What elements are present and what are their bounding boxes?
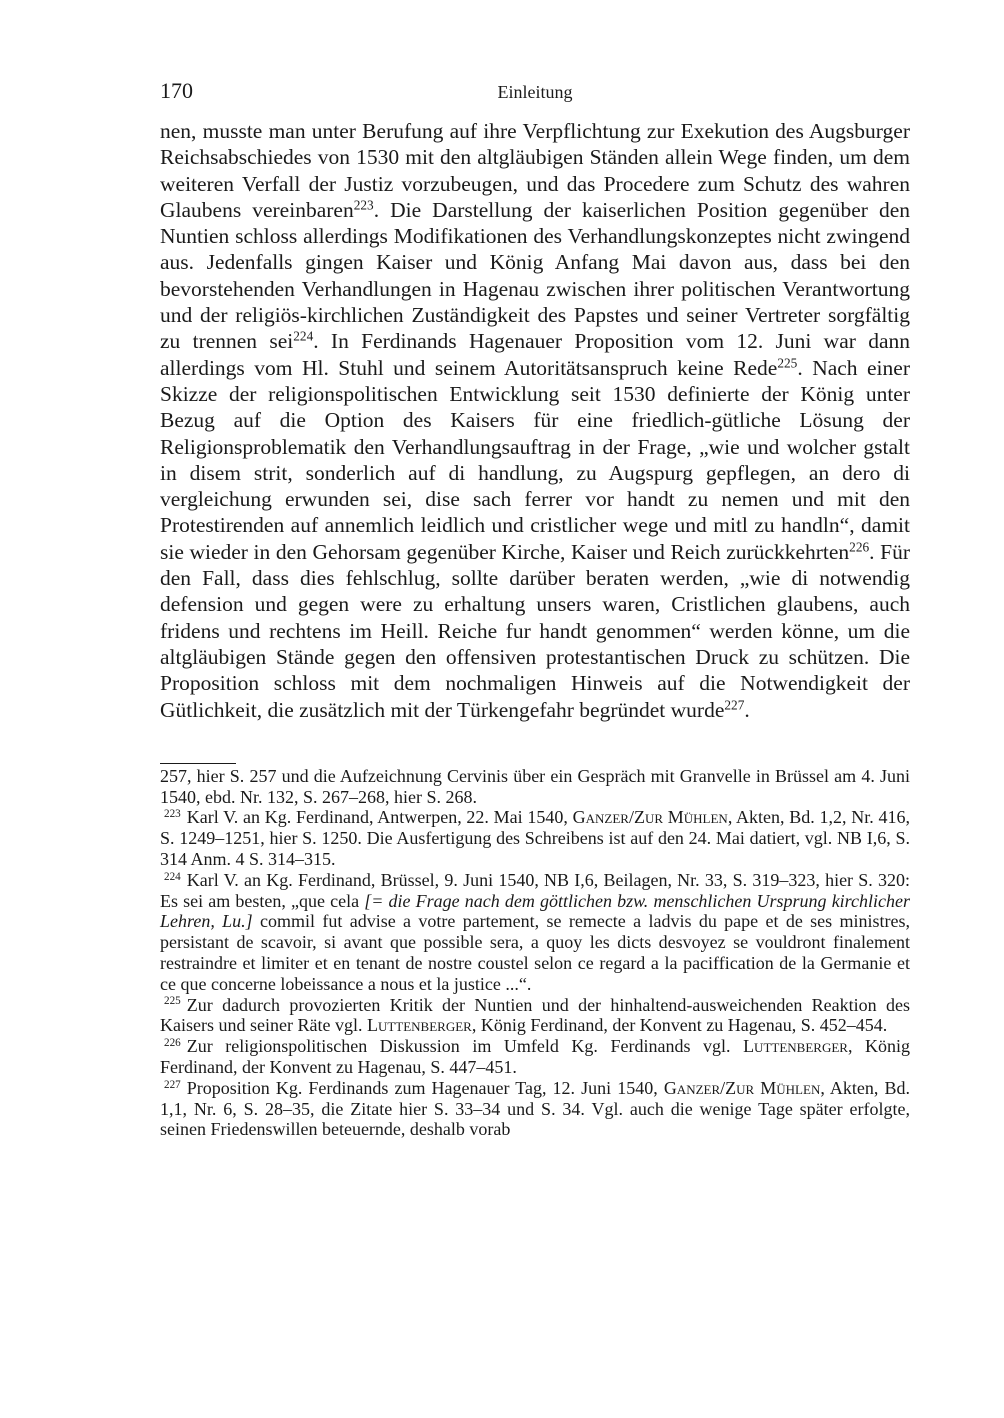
footnote-226: 226Zur religionspolitischen Diskussion i… — [160, 1036, 910, 1078]
text-run: Proposition Kg. Ferdinands zum Hagenauer… — [187, 1078, 664, 1098]
footnote-reference[interactable]: 223 — [354, 198, 374, 213]
footnote-reference[interactable]: 227 — [724, 697, 744, 712]
text-run: , König Ferdinand, der Konvent zu Hagena… — [472, 1015, 887, 1035]
footnote-reference[interactable]: 225 — [777, 355, 797, 370]
running-head: 170 Einleitung — [160, 76, 910, 106]
book-page: 170 Einleitung nen, musste man unter Ber… — [160, 76, 910, 1140]
text-run: Karl V. an Kg. Ferdinand, Antwerpen, 22.… — [187, 807, 573, 827]
footnote-227: 227Proposition Kg. Ferdinands zum Hagena… — [160, 1078, 910, 1140]
footnote-223: 223Karl V. an Kg. Ferdinand, Antwerpen, … — [160, 807, 910, 869]
text-run: Zur religionspolitischen Diskussion im U… — [187, 1036, 743, 1056]
footnote-reference[interactable]: 226 — [849, 539, 869, 554]
footnote-continuation: 257, hier S. 257 und die Aufzeichnung Ce… — [160, 766, 910, 808]
running-title: Einleitung — [160, 82, 910, 103]
text-run: . — [744, 698, 749, 722]
footnote-224: 224Karl V. an Kg. Ferdinand, Brüssel, 9.… — [160, 870, 910, 995]
footnote-reference[interactable]: 224 — [293, 329, 313, 344]
footnote-separator-rule — [160, 763, 236, 764]
author-name-small-caps: Ganzer/Zur Mühlen — [664, 1078, 821, 1098]
text-run: . Nach einer Skizze der reli­gionspoliti… — [160, 356, 910, 564]
author-name-small-caps: Luttenber­ger — [743, 1036, 848, 1056]
author-name-small-caps: Luttenberger — [367, 1015, 472, 1035]
text-run: . Für den Fall, dass dies fehlschlug, so… — [160, 540, 910, 722]
text-run: commil fut advise a votre partement, se … — [160, 911, 910, 993]
text-run: 257, hier S. 257 und die Aufzeichnung Ce… — [160, 766, 910, 807]
main-paragraph: nen, musste man unter Berufung auf ihre … — [160, 118, 910, 723]
footnote-225: 225Zur dadurch provozierten Kritik der N… — [160, 995, 910, 1037]
footnotes-section: 257, hier S. 257 und die Aufzeichnung Ce… — [160, 766, 910, 1140]
author-name-small-caps: Ganzer/Zur Mühlen — [573, 807, 728, 827]
